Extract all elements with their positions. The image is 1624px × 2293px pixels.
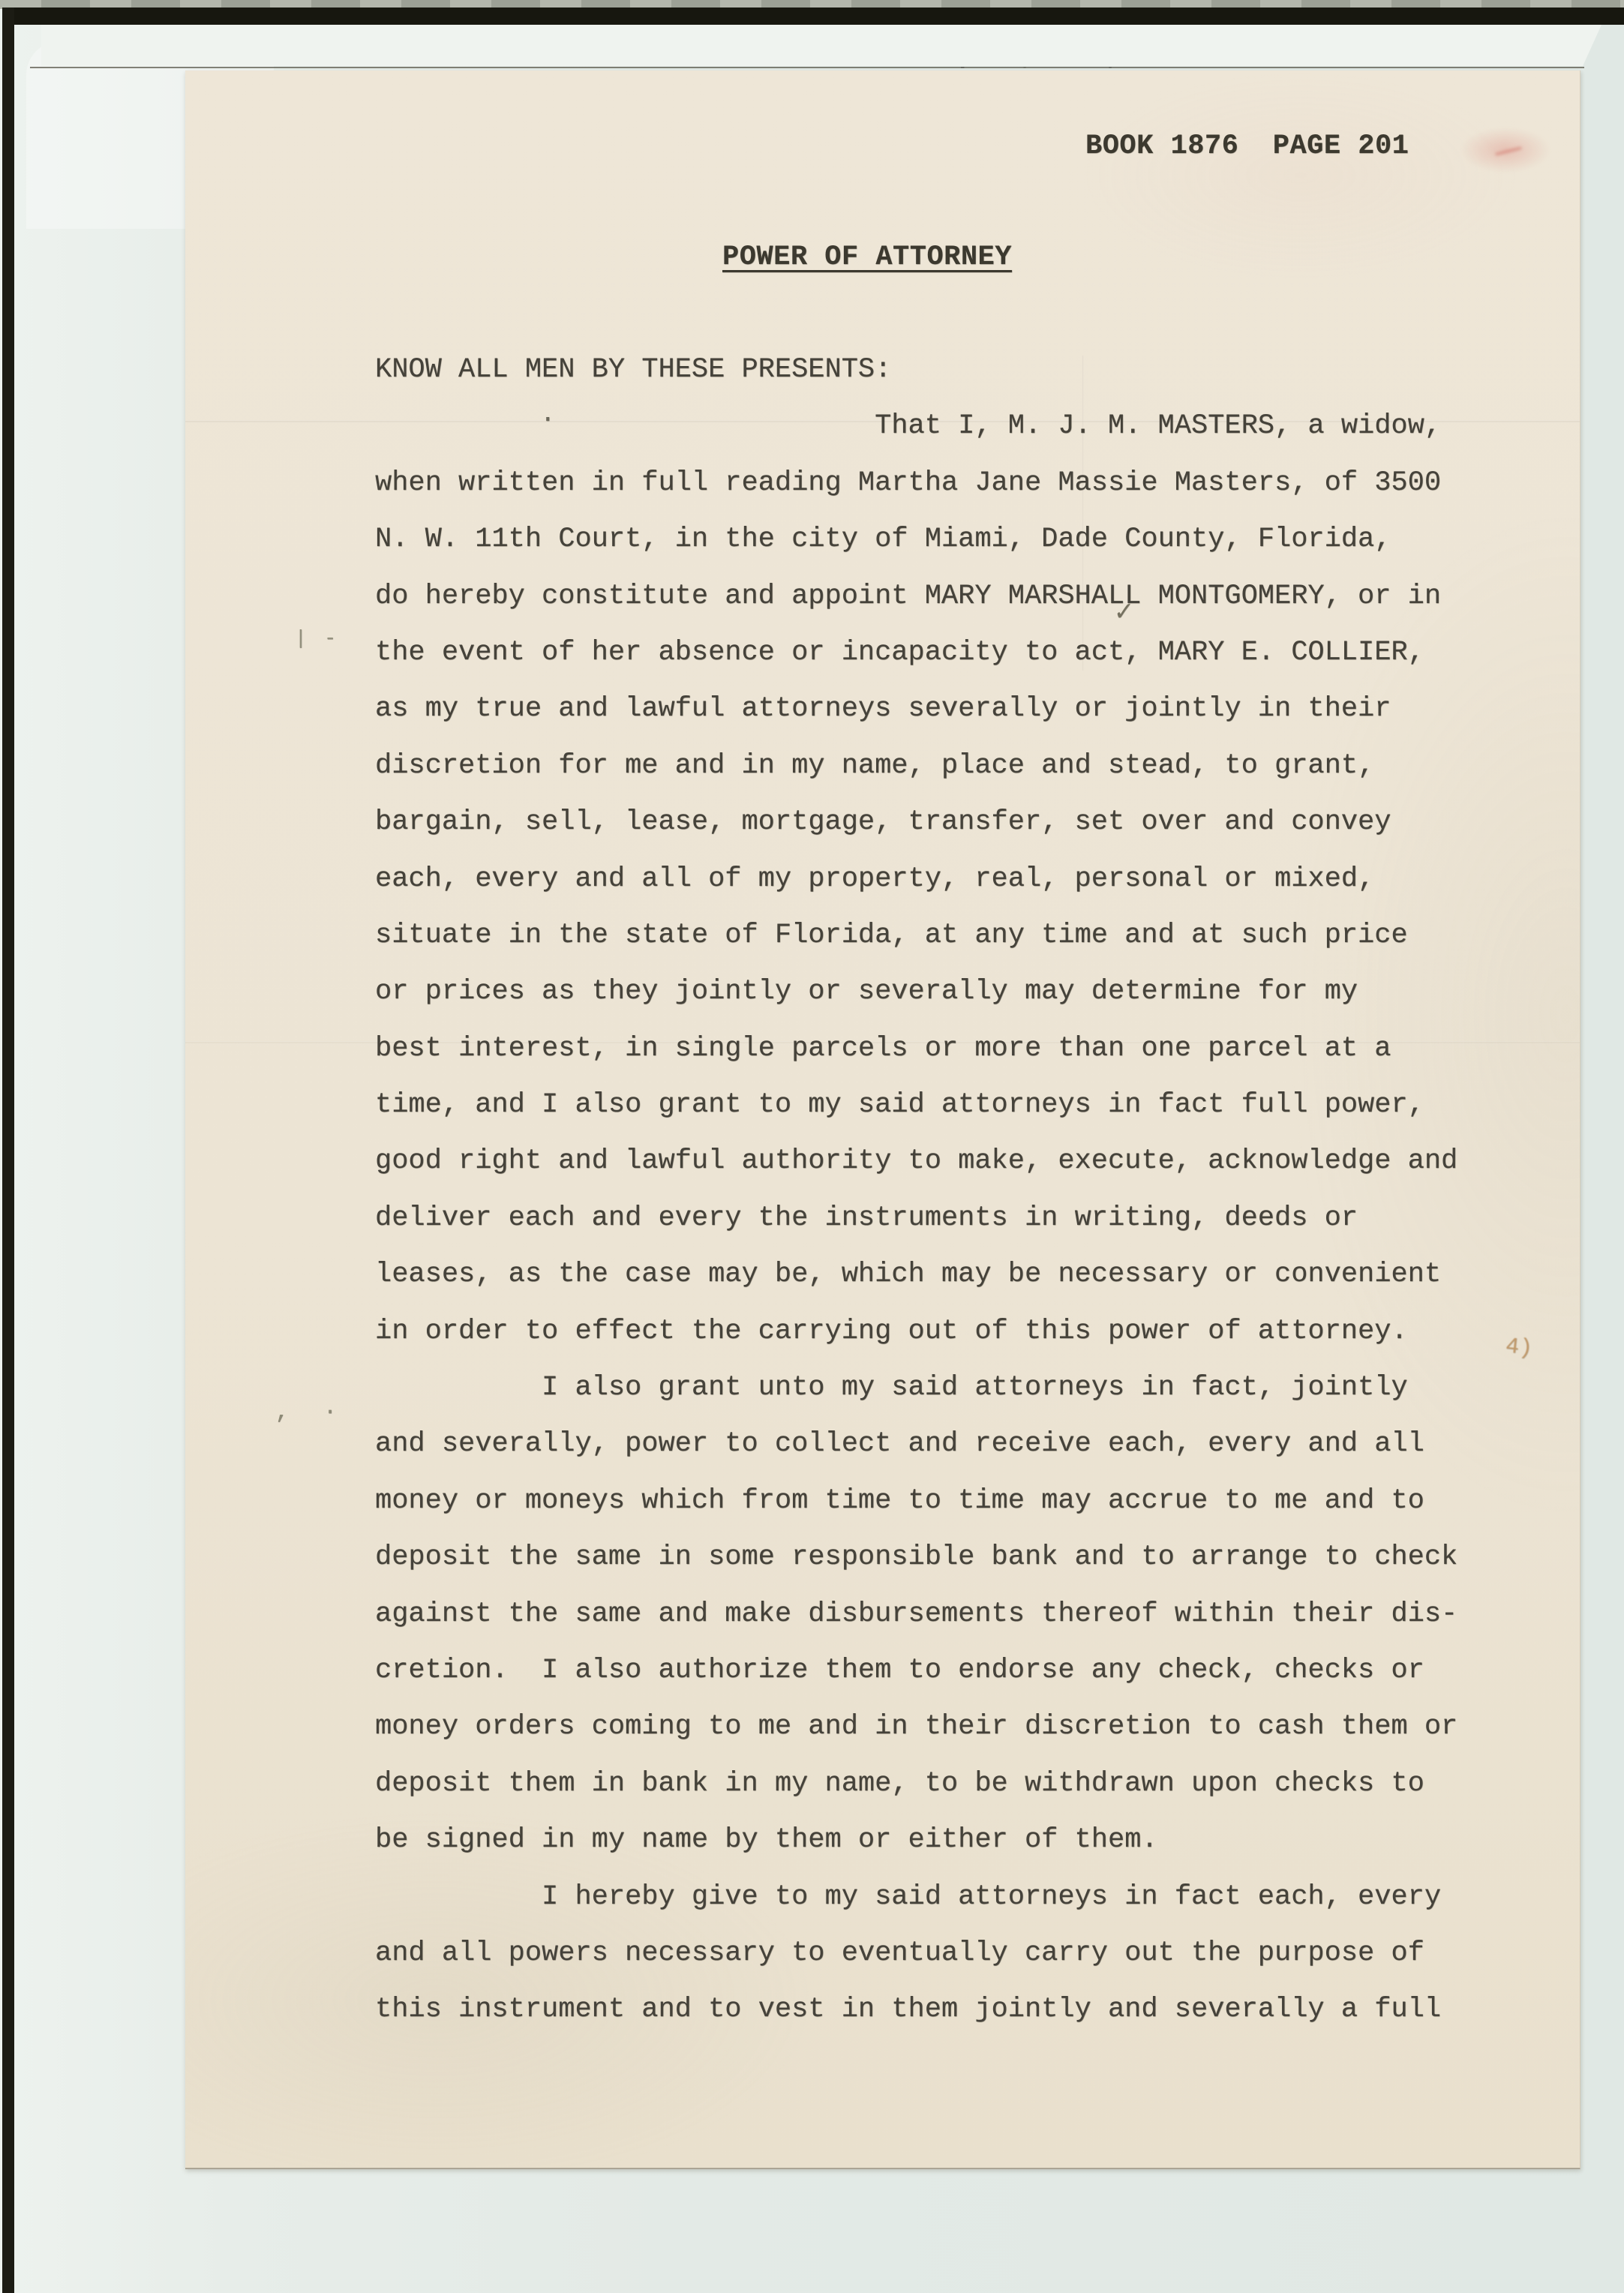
red-smudge-stain bbox=[1460, 128, 1550, 173]
document-line: I hereby give to my said attorneys in fa… bbox=[375, 1869, 1493, 1925]
book-page-header: BOOK 1876 PAGE 201 bbox=[1085, 131, 1409, 162]
document-line: or prices as they jointly or severally m… bbox=[375, 964, 1493, 1020]
document-line: discretion for me and in my name, place … bbox=[375, 738, 1493, 794]
scanner-left-black-strip bbox=[2, 8, 14, 2293]
stray-period-mark: . bbox=[540, 401, 555, 429]
document-line: situate in the state of Florida, at any … bbox=[375, 908, 1493, 964]
document-line: against the same and make disbursements … bbox=[375, 1586, 1493, 1643]
document-line: money or moneys which from time to time … bbox=[375, 1473, 1493, 1529]
body-lines: KNOW ALL MEN BY THESE PRESENTS:That I, M… bbox=[375, 342, 1493, 2039]
document-line: deliver each and every the instruments i… bbox=[375, 1190, 1493, 1247]
document-line: this instrument and to vest in them join… bbox=[375, 1982, 1493, 2038]
document-line: be signed in my name by them or either o… bbox=[375, 1812, 1493, 1868]
document-title: POWER OF ATTORNEY bbox=[722, 242, 1012, 273]
document-line: bargain, sell, lease, mortgage, transfer… bbox=[375, 794, 1493, 851]
document-line: each, every and all of my property, real… bbox=[375, 851, 1493, 908]
document-line: in order to effect the carrying out of t… bbox=[375, 1304, 1493, 1360]
rust-stain-mark: 4) bbox=[1504, 1334, 1533, 1362]
document-line: and severally, power to collect and rece… bbox=[375, 1416, 1493, 1472]
document-line: money orders coming to me and in their d… bbox=[375, 1699, 1493, 1755]
tape-strip bbox=[41, 25, 1601, 66]
margin-dots-mark: , · bbox=[275, 1400, 347, 1425]
document-line: deposit them in bank in my name, to be w… bbox=[375, 1756, 1493, 1812]
document-line: as my true and lawful attorneys severall… bbox=[375, 681, 1493, 737]
document-line: leases, as the case may be, which may be… bbox=[375, 1247, 1493, 1303]
scanner-top-black-bar bbox=[14, 8, 1624, 25]
document-line: N. W. 11th Court, in the city of Miami, … bbox=[375, 512, 1493, 568]
scanned-document: BOOK 1876 PAGE 201 POWER OF ATTORNEY KNO… bbox=[0, 0, 1624, 2293]
document-line: when written in full reading Martha Jane… bbox=[375, 455, 1493, 512]
document-line: and all powers necessary to eventually c… bbox=[375, 1925, 1493, 1982]
document-line: the event of her absence or incapacity t… bbox=[375, 625, 1493, 681]
document-line: cretion. I also authorize them to endors… bbox=[375, 1643, 1493, 1699]
page-top-edge-line bbox=[30, 67, 1584, 68]
checkmark-annotation: ✓ bbox=[1115, 595, 1132, 629]
document-line: do hereby constitute and appoint MARY MA… bbox=[375, 569, 1493, 625]
margin-tick-mark: | - bbox=[295, 627, 339, 650]
document-line: time, and I also grant to my said attorn… bbox=[375, 1077, 1493, 1133]
document-page: BOOK 1876 PAGE 201 POWER OF ATTORNEY KNO… bbox=[185, 71, 1580, 2169]
document-line: deposit the same in some responsible ban… bbox=[375, 1529, 1493, 1586]
document-line: I also grant unto my said attorneys in f… bbox=[375, 1360, 1493, 1416]
document-line: best interest, in single parcels or more… bbox=[375, 1021, 1493, 1077]
document-line: KNOW ALL MEN BY THESE PRESENTS: bbox=[375, 342, 1493, 398]
document-line: good right and lawful authority to make,… bbox=[375, 1133, 1493, 1190]
